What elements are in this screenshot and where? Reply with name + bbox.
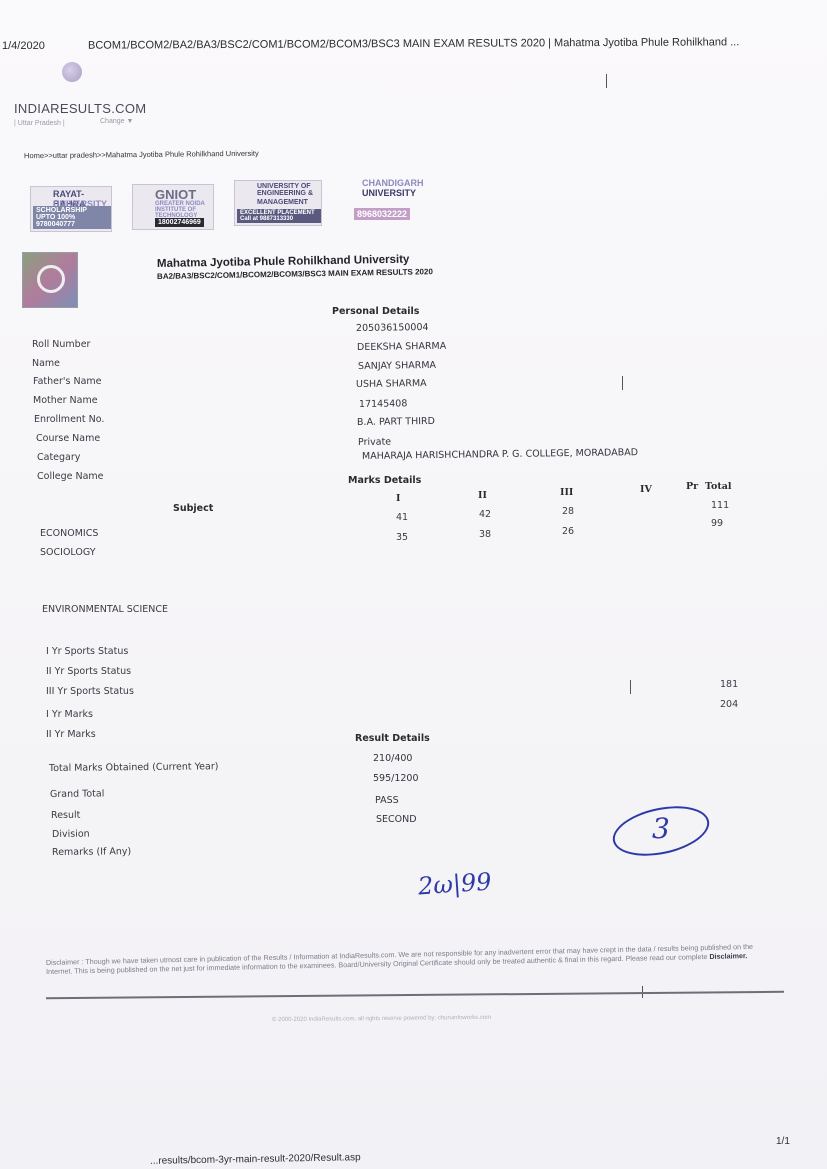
site-logo-icon bbox=[62, 62, 82, 82]
mark-iii: 28 bbox=[562, 506, 574, 517]
mark-ii: 38 bbox=[479, 529, 491, 540]
personal-value: B.A. PART THIRD bbox=[357, 416, 435, 428]
result-label: Grand Total bbox=[50, 788, 104, 800]
personal-label: Course Name bbox=[36, 433, 100, 444]
result-details-heading: Result Details bbox=[355, 733, 430, 744]
print-date: 1/4/2020 bbox=[2, 40, 45, 52]
mark-i: 41 bbox=[396, 512, 408, 523]
personal-value: MAHARAJA HARISHCHANDRA P. G. COLLEGE, MO… bbox=[362, 447, 638, 462]
subject-name: ECONOMICS bbox=[40, 528, 98, 539]
personal-value: SANJAY SHARMA bbox=[358, 360, 436, 372]
result-value: SECOND bbox=[376, 814, 417, 825]
personal-label: Enrollment No. bbox=[34, 414, 104, 425]
marks-column-header: I bbox=[396, 493, 400, 504]
personal-value: 205036150004 bbox=[356, 322, 429, 334]
handwritten-note: 2ω|99 bbox=[417, 867, 492, 900]
extra-label: I Yr Sports Status bbox=[46, 646, 128, 657]
mark-total: 99 bbox=[711, 518, 723, 529]
handwritten-number: 3 bbox=[652, 812, 670, 845]
extra-label: I Yr Marks bbox=[46, 709, 93, 720]
mark-ii: 42 bbox=[479, 509, 491, 520]
ad-banner-uem[interactable]: UNIVERSITY OF ENGINEERING & MANAGEMENT E… bbox=[234, 180, 322, 226]
extra-value: 181 bbox=[720, 679, 738, 690]
copyright: © 2000-2020 IndiaResults.com, all rights… bbox=[272, 1015, 491, 1023]
subject-name: SOCIOLOGY bbox=[40, 547, 96, 558]
ad-banner-chandigarh[interactable]: CHANDIGARH UNIVERSITY 8968032222 bbox=[340, 176, 422, 222]
ad-line3: 8968032222 bbox=[354, 208, 410, 220]
breadcrumb[interactable]: Home>>uttar pradesh>>Mahatma Jyotiba Phu… bbox=[24, 149, 259, 160]
marks-column-header: II bbox=[478, 490, 487, 501]
result-label: Total Marks Obtained (Current Year) bbox=[49, 761, 219, 774]
personal-label: Mother Name bbox=[33, 395, 98, 406]
result-label: Remarks (If Any) bbox=[52, 846, 131, 858]
marks-column-header: IV bbox=[640, 484, 652, 495]
personal-label: Father's Name bbox=[33, 376, 102, 387]
result-label: Result bbox=[51, 810, 80, 821]
personal-value: Private bbox=[358, 437, 391, 448]
ad-line3: EXCELLENT PLACEMENT Call at 9887313330 bbox=[237, 209, 321, 223]
change-state-link[interactable]: Change ▼ bbox=[100, 118, 133, 125]
personal-label: Categary bbox=[37, 452, 80, 463]
subject-name: ENVIRONMENTAL SCIENCE bbox=[42, 604, 168, 615]
mark-total: 111 bbox=[711, 500, 729, 511]
result-value: 595/1200 bbox=[373, 773, 419, 784]
state-label: | Uttar Pradesh | bbox=[14, 120, 65, 127]
ad-banner-rayat-bahra[interactable]: RAYAT-BAHRA UNIVERSITY SCHOLARSHIP UPTO … bbox=[30, 186, 112, 232]
ad-line2: MANAGEMENT bbox=[257, 199, 308, 206]
ad-line2: GREATER NOIDA INSTITUTE OF TECHNOLOGY bbox=[155, 201, 213, 219]
mark-i: 35 bbox=[396, 532, 408, 543]
extra-label: II Yr Marks bbox=[46, 729, 96, 740]
personal-details-heading: Personal Details bbox=[332, 306, 419, 317]
ad-line1: UNIVERSITY OF ENGINEERING & bbox=[257, 183, 321, 197]
result-label: Division bbox=[52, 829, 90, 840]
personal-value: 17145408 bbox=[359, 398, 408, 410]
divider bbox=[46, 991, 784, 999]
marks-column-header: Pr bbox=[686, 481, 698, 492]
printed-page: 1/4/2020 BCOM1/BCOM2/BA2/BA3/BSC2/COM1/B… bbox=[0, 0, 827, 1169]
print-url: ...results/bcom-3yr-main-result-2020/Res… bbox=[150, 1152, 361, 1167]
ad-line3: SCHOLARSHIP UPTO 100% 9780040777 bbox=[33, 206, 111, 229]
mark-iii: 26 bbox=[562, 526, 574, 537]
university-emblem bbox=[22, 252, 78, 308]
extra-label: III Yr Sports Status bbox=[46, 686, 134, 697]
marks-column-header: Total bbox=[705, 481, 731, 492]
result-value: 210/400 bbox=[373, 753, 412, 764]
ad-line1: GNIOT bbox=[155, 187, 196, 202]
ad-line3: 18002746969 bbox=[155, 218, 204, 227]
disclaimer-link[interactable]: Disclaimer. bbox=[709, 951, 747, 961]
page-number: 1/1 bbox=[776, 1136, 790, 1147]
disclaimer: Disclaimer : Though we have taken utmost… bbox=[46, 942, 766, 976]
personal-label: Roll Number bbox=[32, 339, 90, 350]
personal-value: DEEKSHA SHARMA bbox=[357, 341, 446, 353]
subject-header: Subject bbox=[173, 503, 213, 514]
marks-details-heading: Marks Details bbox=[348, 475, 421, 486]
extra-value: 204 bbox=[720, 699, 738, 710]
ad-banner-gniot[interactable]: GNIOT GREATER NOIDA INSTITUTE OF TECHNOL… bbox=[132, 184, 214, 230]
ad-line2: UNIVERSITY bbox=[362, 188, 416, 198]
print-page-title: BCOM1/BCOM2/BA2/BA3/BSC2/COM1/BCOM2/BCOM… bbox=[88, 36, 739, 51]
result-value: PASS bbox=[375, 795, 399, 806]
personal-label: Name bbox=[32, 358, 60, 369]
personal-value: USHA SHARMA bbox=[356, 378, 427, 390]
extra-label: II Yr Sports Status bbox=[46, 666, 131, 677]
personal-label: College Name bbox=[37, 471, 104, 482]
site-brand[interactable]: INDIARESULTS.COM bbox=[14, 101, 146, 116]
marks-column-header: III bbox=[560, 487, 573, 498]
ad-line1: CHANDIGARH bbox=[362, 178, 424, 188]
